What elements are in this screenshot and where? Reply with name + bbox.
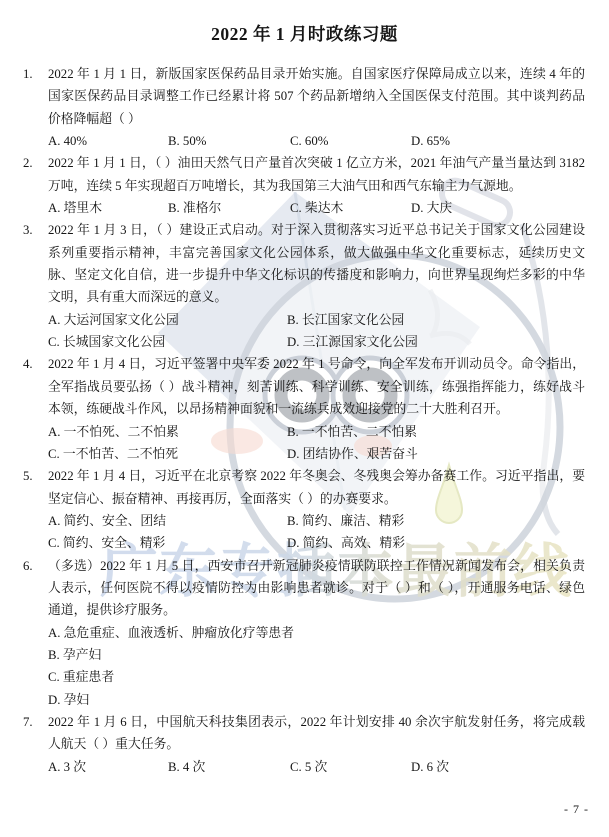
option: C. 简约、安全、精彩 (48, 532, 287, 554)
option: C. 一不怕苦、二不怕死 (48, 443, 287, 465)
question-text: 2022 年 1 月 1 日，新版国家医保药品目录开始实施。自国家医疗保障局成立… (48, 63, 585, 130)
option: C. 重症患者 (48, 666, 585, 688)
option-list: A. 塔里木B. 准格尔C. 柴达木D. 大庆 (48, 197, 585, 219)
option: B. 简约、廉洁、精彩 (287, 510, 585, 532)
option: B. 4 次 (168, 756, 290, 778)
question-text: 2022 年 1 月 4 日，习近平在北京考察 2022 年冬奥会、冬残奥会筹办… (48, 465, 585, 510)
question-number: 5. (23, 465, 45, 487)
option: C. 60% (290, 130, 411, 152)
question-item: 1. 2022 年 1 月 1 日，新版国家医保药品目录开始实施。自国家医疗保障… (48, 63, 585, 152)
question-number: 3. (23, 219, 45, 241)
option-list: A. 40%B. 50%C. 60%D. 65% (48, 130, 585, 152)
question-item: 3. 2022 年 1 月 3 日，（ ）建设正式启动。对于深入贯彻落实习近平总… (48, 219, 585, 353)
option: B. 长江国家文化公园 (287, 309, 585, 331)
option: B. 50% (168, 130, 290, 152)
option: D. 65% (411, 130, 585, 152)
question-item: 5. 2022 年 1 月 4 日，习近平在北京考察 2022 年冬奥会、冬残奥… (48, 465, 585, 554)
question-number: 7. (23, 711, 45, 733)
page-number: - 7 - (564, 802, 589, 817)
option: C. 长城国家文化公园 (48, 331, 287, 353)
question-item: 6. （多选）2022 年 1 月 5 日，西安市召开新冠肺炎疫情联防联控工作情… (48, 555, 585, 711)
option: C. 5 次 (290, 756, 411, 778)
option-list: A. 一不怕死、二不怕累B. 一不怕苦、二不怕累C. 一不怕苦、二不怕死D. 团… (48, 421, 585, 466)
option: A. 急危重症、血液透析、肿瘤放化疗等患者 (48, 622, 585, 644)
option: B. 一不怕苦、二不怕累 (287, 421, 585, 443)
document-page: 广东专插本最前线 2022 年 1 月时政练习题 1. 2022 年 1 月 1… (0, 0, 609, 837)
option-list: A. 简约、安全、团结B. 简约、廉洁、精彩C. 简约、安全、精彩D. 简约、高… (48, 510, 585, 555)
question-item: 2. 2022 年 1 月 1 日，（ ）油田天然气日产量首次突破 1 亿立方米… (48, 152, 585, 219)
question-item: 4. 2022 年 1 月 4 日，习近平签署中央军委 2022 年 1 号命令… (48, 353, 585, 465)
option: B. 准格尔 (168, 197, 290, 219)
question-number: 1. (23, 63, 45, 85)
question-number: 6. (23, 555, 45, 577)
option: B. 孕产妇 (48, 644, 585, 666)
question-number: 4. (23, 353, 45, 375)
option: D. 三江源国家文化公园 (287, 331, 585, 353)
option: A. 简约、安全、团结 (48, 510, 287, 532)
option: D. 大庆 (411, 197, 585, 219)
option-list: A. 大运河国家文化公园B. 长江国家文化公园C. 长城国家文化公园D. 三江源… (48, 309, 585, 354)
question-text: 2022 年 1 月 4 日，习近平签署中央军委 2022 年 1 号命令，向全… (48, 353, 585, 420)
option: D. 孕妇 (48, 689, 585, 711)
question-text: （多选）2022 年 1 月 5 日，西安市召开新冠肺炎疫情联防联控工作情况新闻… (48, 555, 585, 622)
option: A. 40% (48, 130, 168, 152)
question-list: 1. 2022 年 1 月 1 日，新版国家医保药品目录开始实施。自国家医疗保障… (48, 63, 585, 778)
option: A. 大运河国家文化公园 (48, 309, 287, 331)
option-list: A. 急危重症、血液透析、肿瘤放化疗等患者B. 孕产妇C. 重症患者D. 孕妇 (48, 622, 585, 711)
option: D. 6 次 (411, 756, 585, 778)
option: A. 一不怕死、二不怕累 (48, 421, 287, 443)
option: D. 简约、高效、精彩 (287, 532, 585, 554)
question-text: 2022 年 1 月 6 日，中国航天科技集团表示，2022 年计划安排 40 … (48, 711, 585, 756)
page-title: 2022 年 1 月时政练习题 (0, 21, 609, 46)
question-item: 7. 2022 年 1 月 6 日，中国航天科技集团表示，2022 年计划安排 … (48, 711, 585, 778)
option: A. 3 次 (48, 756, 168, 778)
question-number: 2. (23, 152, 45, 174)
option-list: A. 3 次B. 4 次C. 5 次D. 6 次 (48, 756, 585, 778)
option: D. 团结协作、艰苦奋斗 (287, 443, 585, 465)
question-text: 2022 年 1 月 3 日，（ ）建设正式启动。对于深入贯彻落实习近平总书记关… (48, 219, 585, 308)
question-text: 2022 年 1 月 1 日，（ ）油田天然气日产量首次突破 1 亿立方米，20… (48, 152, 585, 197)
option: C. 柴达木 (290, 197, 411, 219)
option: A. 塔里木 (48, 197, 168, 219)
